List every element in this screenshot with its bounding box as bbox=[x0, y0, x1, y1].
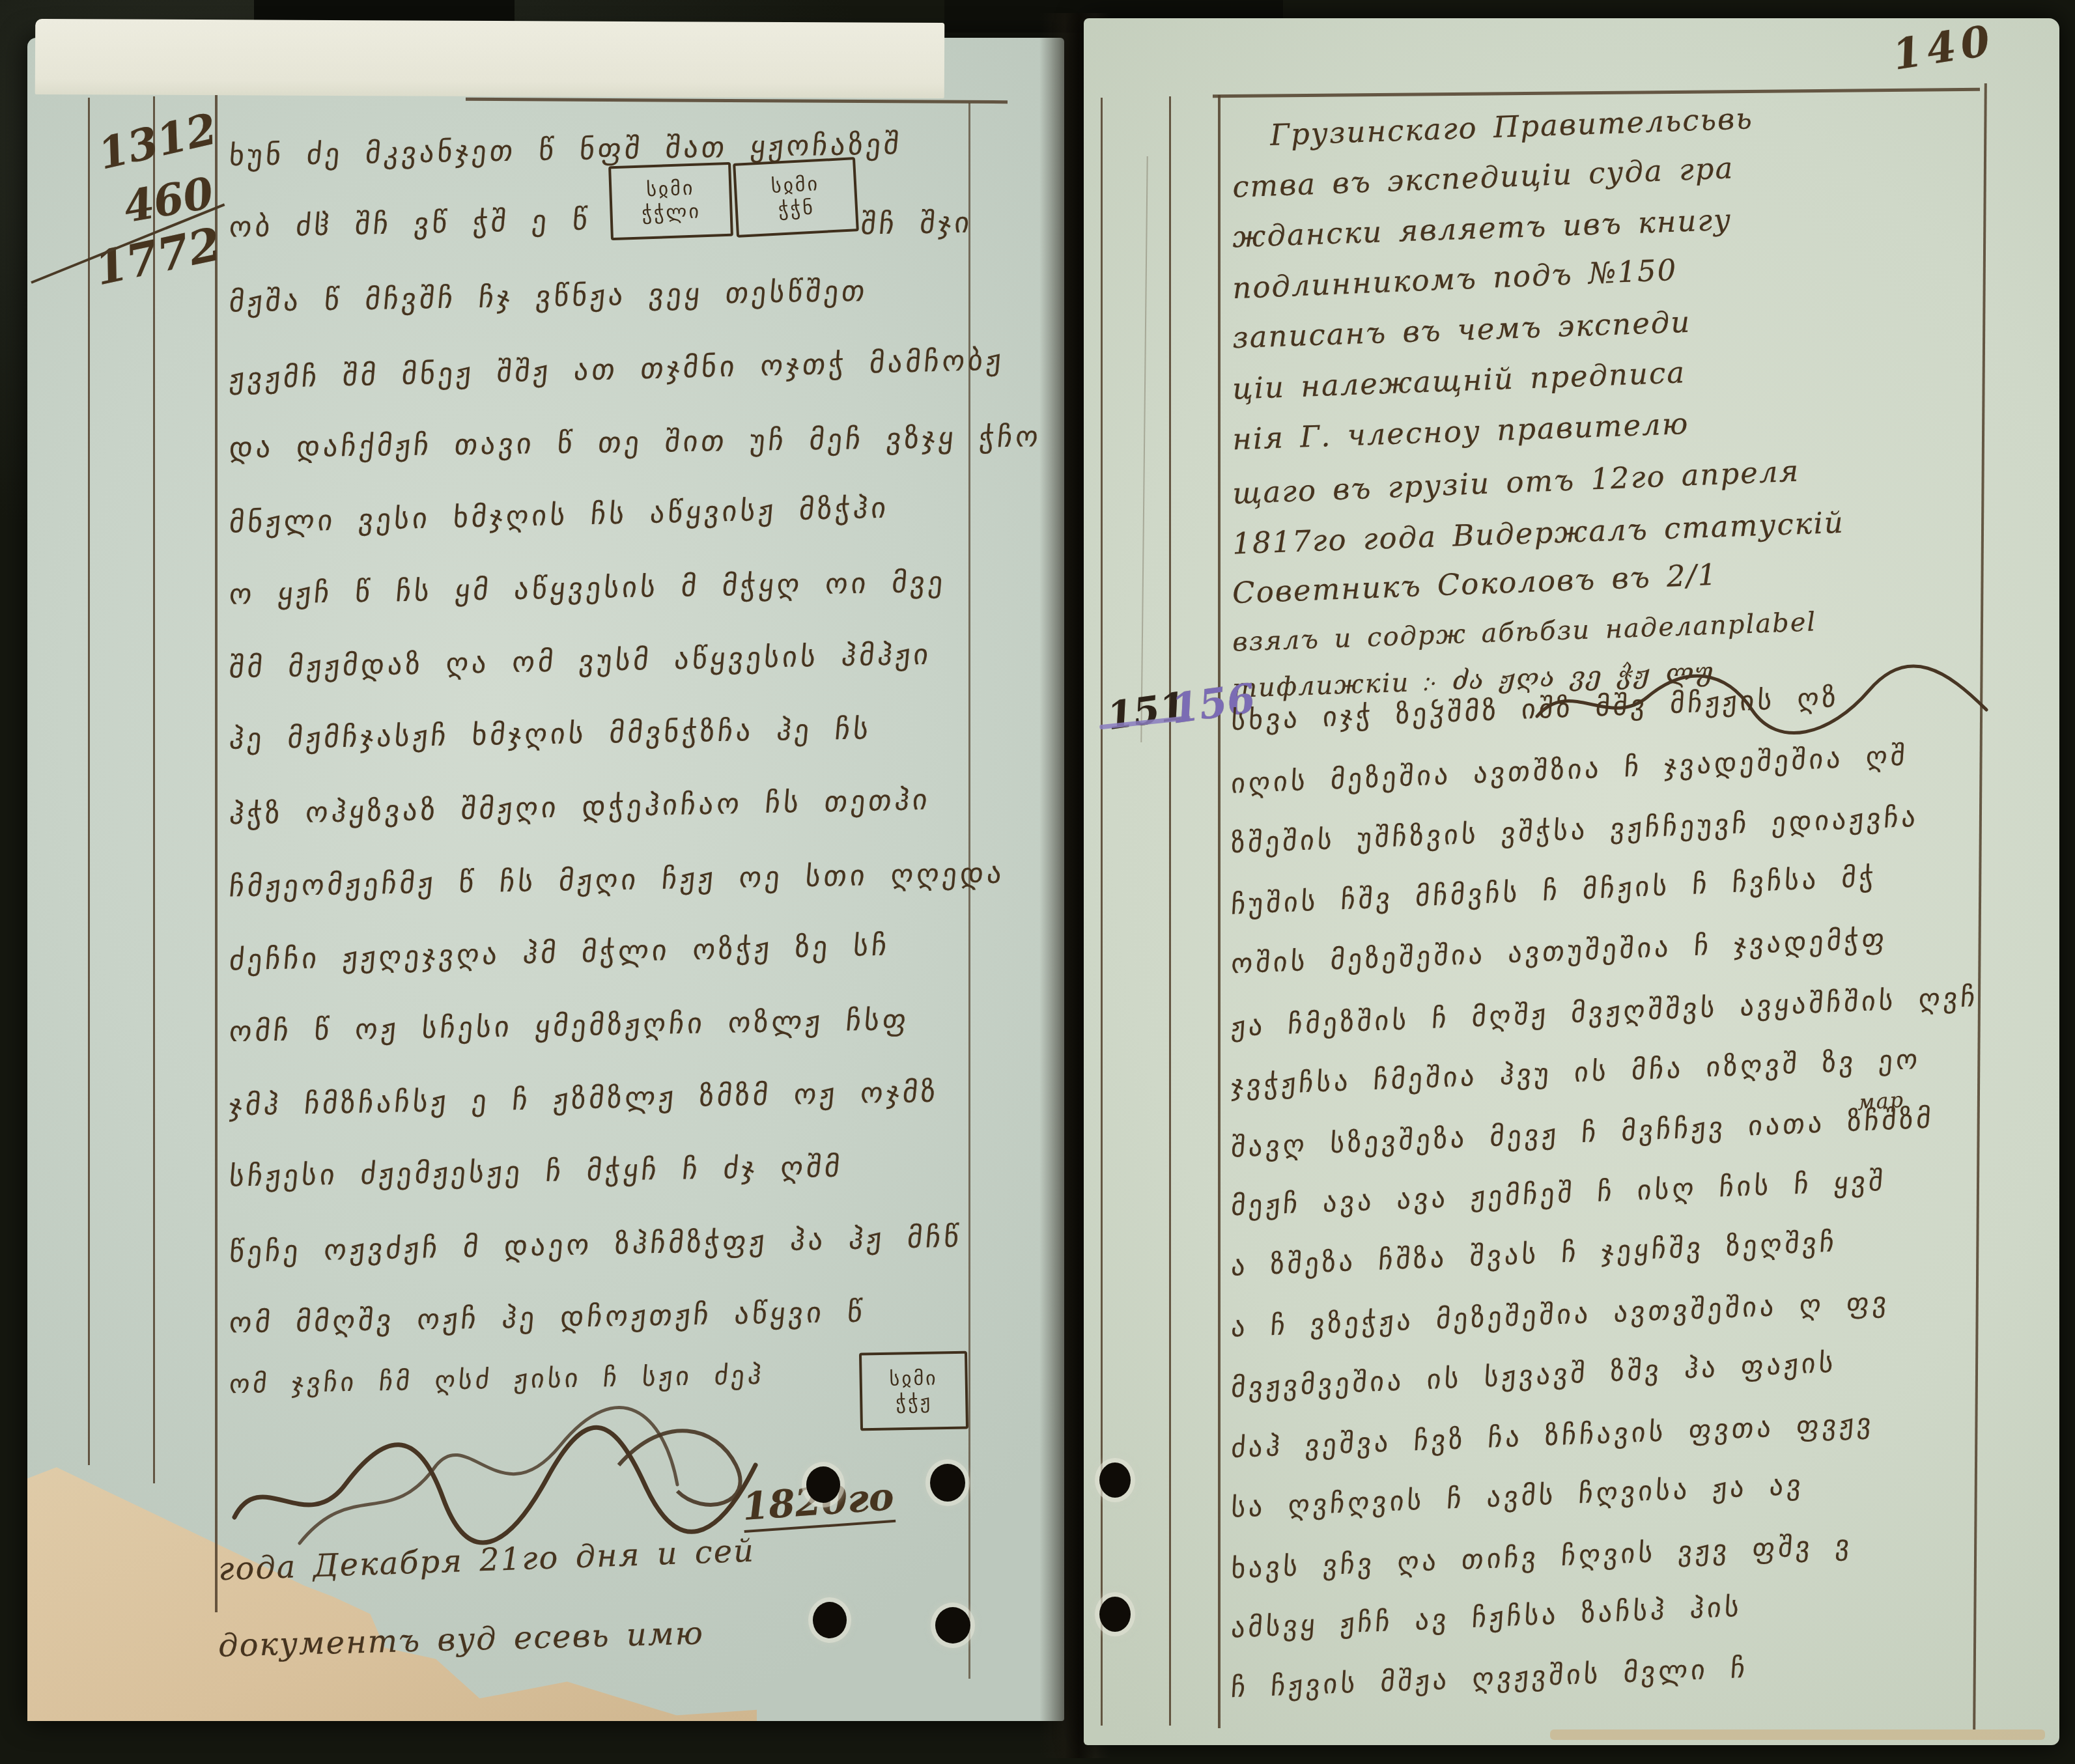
stamp-text: ჭჭნ bbox=[778, 197, 815, 222]
stamp-text: სჲმი bbox=[889, 1367, 938, 1391]
margin-rule bbox=[215, 95, 218, 1612]
page-edge bbox=[1550, 1729, 2045, 1740]
stamp-box: სჲმი ჭჭლი bbox=[608, 162, 733, 240]
punch-hole bbox=[935, 1607, 970, 1644]
margin-rule bbox=[88, 98, 90, 1465]
punch-hole bbox=[1099, 1463, 1131, 1498]
stamp-text: ჭჭლი bbox=[642, 200, 701, 225]
stamp-box: სჲმი ჭჭნ bbox=[733, 157, 859, 238]
stamp-box: სჲმი ჭჭჟ bbox=[859, 1351, 968, 1431]
manuscript-book-scan: 1312 460 1772 ხუნ ძე მკვანჯეთ წ ნფშ შათ … bbox=[0, 0, 2075, 1764]
stamp-text: სჲმი bbox=[770, 173, 820, 199]
margin-rule bbox=[153, 96, 155, 1483]
margin-rule bbox=[968, 103, 970, 1679]
margin-rule bbox=[1218, 95, 1221, 1728]
punch-hole bbox=[813, 1602, 847, 1638]
punch-hole bbox=[1099, 1597, 1131, 1632]
stamp-text: ჭჭჟ bbox=[896, 1391, 932, 1415]
punch-hole bbox=[806, 1466, 840, 1503]
handwritten-line: შჩ შჯი bbox=[860, 206, 974, 241]
signature-flourish bbox=[221, 1387, 873, 1556]
repair-strip bbox=[35, 19, 944, 98]
margin-rule bbox=[1169, 96, 1171, 1726]
stamp-text: სჲმი bbox=[646, 177, 695, 203]
punch-hole bbox=[930, 1464, 965, 1502]
